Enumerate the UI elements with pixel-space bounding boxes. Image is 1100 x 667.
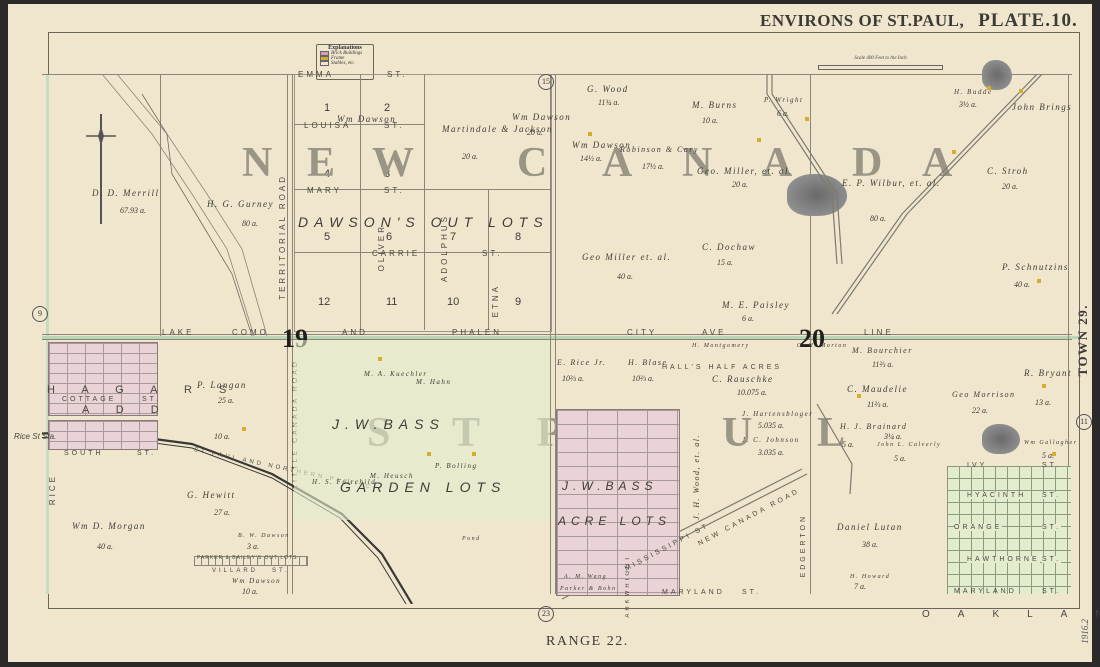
owner-wood: G. Wood (587, 84, 629, 94)
pond-label: Pond (462, 536, 481, 542)
owner-wang: A. M. Wang (564, 574, 607, 580)
acres-johnson: 3.035 a. (758, 448, 784, 457)
section-circle-23: 23 (538, 606, 554, 622)
subdivision-jw-bass-acre: J.W.BASS (562, 479, 658, 493)
acres-miller-1: 20 a. (732, 180, 748, 189)
acres-morrison: 22 a. (972, 406, 988, 415)
frame-building (805, 117, 809, 121)
acres-budde: 3½ a. (959, 100, 977, 109)
plate-title: ENVIRONS OF ST.PAUL,PLATE.10. (760, 10, 1078, 32)
owner-bolling: P. Bolling (435, 462, 477, 470)
owner-hartensbloger: J. Hartensbloger (742, 410, 813, 418)
owner-miller-2: Geo Miller et. al. (582, 252, 671, 262)
hagars-addition-south (48, 420, 158, 450)
subdivision-jw-bass: J.W.BASS (332, 416, 445, 432)
acres-wood: 11¾ a. (598, 98, 619, 107)
town-label: TOWN 29. (1075, 304, 1091, 376)
acres-bourchier: 11⅔ a. (872, 360, 893, 369)
street-maryland: MARYLAND (662, 589, 725, 596)
street-south-st: ST. (137, 450, 156, 457)
acres-dawson-c: 14½ a. (580, 154, 602, 163)
owner-dawson-south: Wm Dawson (232, 577, 281, 585)
jw-bass-acre-lots-area (556, 409, 680, 596)
owner-hahn: M. Hahn (416, 378, 451, 386)
acres-wright: 6 a. (777, 109, 789, 118)
street-ivy: IVY (967, 462, 987, 469)
subdivision-acre-lots: ACRE LOTS (558, 514, 671, 528)
acres-maudelie: 11⅔ a. (867, 400, 888, 409)
frame-building (472, 452, 476, 456)
owner-maudelie: C. Maudelie (847, 384, 908, 394)
frame-building (588, 132, 592, 136)
frame-building (987, 86, 991, 90)
owner-calverly: John L. Calverly (877, 442, 941, 448)
frame-building (378, 357, 382, 361)
map-title: ENVIRONS OF ST.PAUL, (760, 11, 964, 30)
map-area: EMMA ST. LOUISA ST. MARY ST. CARRIE ST. … (42, 74, 1082, 604)
street-cottage: COTTAGE (62, 396, 116, 403)
street-maryland-st: ST. (742, 589, 761, 596)
owner-brings: John Brings (1012, 102, 1072, 112)
frame-building (1042, 384, 1046, 388)
acres-rice: 10⅔ a. (562, 374, 584, 383)
acres-hewitt: 27 a. (214, 508, 230, 517)
acres-gurney: 80 a. (242, 219, 258, 228)
owner-dawson-1: Wm Dawson (337, 114, 396, 124)
owner-robinson: Robinson & Cary (620, 145, 699, 154)
acres-dawson-tract: 20 a. (527, 128, 543, 137)
acres-calverly: 5 a. (894, 454, 906, 463)
acres-howard: 7 a. (854, 582, 866, 591)
owner-bw-dawson: B. W. Dawson (238, 533, 290, 539)
frame-building (857, 394, 861, 398)
owner-schnutzins: P. Schnutzins (1002, 262, 1069, 272)
acres-rauschke: 10.075 a. (737, 388, 767, 397)
acres-miller-2: 40 a. (617, 272, 633, 281)
owner-hewitt: G. Hewitt (187, 490, 236, 500)
acres-morgan: 40 a. (97, 542, 113, 551)
owner-rice: E. Rice Jr. (557, 358, 606, 367)
acres-merrill: 67.93 a. (120, 206, 146, 215)
acres-langan-2: 10 a. (214, 432, 230, 441)
street-maryland-east-st: ST. (1042, 588, 1061, 595)
rice-st-station: Rice St Sta. (14, 432, 56, 441)
street-hawthorne-st: ST. (1042, 556, 1061, 563)
owner-dawson-tract: Wm Dawson (512, 112, 571, 122)
street-hyacinth: HYACINTH (967, 492, 1026, 499)
owner-rauschke: C. Rauschke (712, 374, 774, 384)
frame-building (427, 452, 431, 456)
owner-bourchier: M. Bourchier (852, 346, 913, 355)
owner-wright: P. Wright (764, 96, 803, 104)
subdivision-halls-half-acres: HALL'S HALF ACRES (662, 364, 782, 371)
owner-johnson: J. C. Johnson (742, 436, 800, 444)
street-rice: RICE (48, 474, 57, 505)
street-hyacinth-st: ST. (1042, 492, 1061, 499)
acres-burns: 10 a. (702, 116, 718, 125)
owner-wilbur: E. P. Wilbur, et. al. (842, 178, 941, 188)
owner-howard: H. Howard (850, 574, 890, 580)
map-sheet: ENVIRONS OF ST.PAUL,PLATE.10. Explanatio… (8, 4, 1092, 662)
owner-stroh: C. Stroh (987, 166, 1029, 176)
acres-wilbur: 80 a. (870, 214, 886, 223)
street-maryland-east: MARYLAND (954, 588, 1017, 595)
scale-label: Scale 400 Feet to the Inch (818, 56, 943, 61)
owner-miller-1: Geo. Miller, et. al. (697, 166, 793, 176)
scale-bar: Scale 400 Feet to the Inch (818, 56, 943, 70)
street-ivy-st: ST. (1042, 462, 1061, 469)
frame-building (1019, 89, 1023, 93)
hagars-add-label-2: A D D (82, 404, 171, 416)
street-edgerton: EDGERTON (800, 514, 807, 577)
street-cottage-st: ST. (142, 396, 161, 403)
owner-blase: H. Blase (628, 358, 668, 367)
acres-brainard-2: 5 a. (842, 440, 854, 449)
owner-dochaw: C. Dochaw (702, 242, 756, 252)
frame-building (952, 150, 956, 154)
owner-morrison: Geo Morrison (952, 390, 1016, 399)
scale-bar-graphic (818, 65, 943, 70)
owner-langan: P. Langan (197, 380, 247, 390)
owner-jh-wood: J. H. Wood, et. al. (692, 434, 701, 520)
street-villard: VILLARD (212, 568, 258, 574)
subdivision-parker-bailey: PARKER & BAILEY'S OUT LOTS (197, 555, 297, 561)
acres-bw-dawson: 3 a. (247, 542, 259, 551)
acres-langan: 25 a. (218, 396, 234, 405)
street-oakland: OAKLAND (922, 609, 1100, 620)
acres-dawson-south: 10 a. (242, 587, 258, 596)
catalog-mark: 1916.2 (1080, 619, 1090, 644)
acres-brainard: 3¼ a. (884, 432, 902, 441)
owner-morgan: Wm D. Morgan (72, 521, 146, 531)
acres-blase: 10⅔ a. (632, 374, 654, 383)
street-villard-st: ST. (272, 568, 290, 574)
owner-lutan: Daniel Lutan (837, 522, 903, 532)
stables-swatch-icon (320, 61, 329, 66)
frame-building (757, 138, 761, 142)
owner-morton: C. H. Morton (797, 343, 847, 349)
owner-bryant: R. Bryant (1024, 368, 1072, 378)
frame-building (1052, 452, 1056, 456)
owner-gallagher: Wm Gallagher (1024, 440, 1078, 446)
acres-dochaw: 15 a. (717, 258, 733, 267)
plate-number: PLATE.10. (978, 10, 1077, 31)
frame-building (242, 427, 246, 431)
owner-gurney: H. G. Gurney (207, 199, 274, 209)
owner-heusch: M. Heusch (370, 472, 414, 480)
acres-bryant: 13 a. (1035, 398, 1051, 407)
acres-hartensbloger: 5.035 a. (758, 421, 784, 430)
frame-building (1037, 279, 1041, 283)
owner-merrill: D. D. Merrill (92, 188, 160, 198)
range-label: RANGE 22. (546, 634, 629, 650)
street-orange: ORANGE (954, 524, 1002, 531)
acres-martindale: 20 a. (462, 152, 478, 161)
street-hawthorne: HAWTHORNE (967, 556, 1040, 563)
acres-robinson: 17½ a. (642, 162, 664, 171)
acres-paisley: 6 a. (742, 314, 754, 323)
owner-burns: M. Burns (692, 100, 738, 110)
owner-parker-bohn: Parker & Bohn (560, 586, 617, 592)
acres-stroh: 20 a. (1002, 182, 1018, 191)
acres-schnutzins: 40 a. (1014, 280, 1030, 289)
owner-brainard: H. J. Brainard (840, 422, 907, 431)
owner-kuechler: M. A. Kuechler (364, 370, 428, 378)
legend-item-stables: Stables, etc. (320, 61, 373, 66)
acres-lutan: 38 a. (862, 540, 878, 549)
owner-paisley: M. E. Paisley (722, 300, 790, 310)
street-orange-st: ST. (1042, 524, 1061, 531)
owner-montgomery: H. Montgomery (692, 343, 750, 349)
street-arkwright: ARKWRIGHT (625, 554, 631, 618)
owner-fairchild: H. S. Fairchild (312, 478, 376, 486)
street-south: SOUTH (64, 450, 104, 457)
